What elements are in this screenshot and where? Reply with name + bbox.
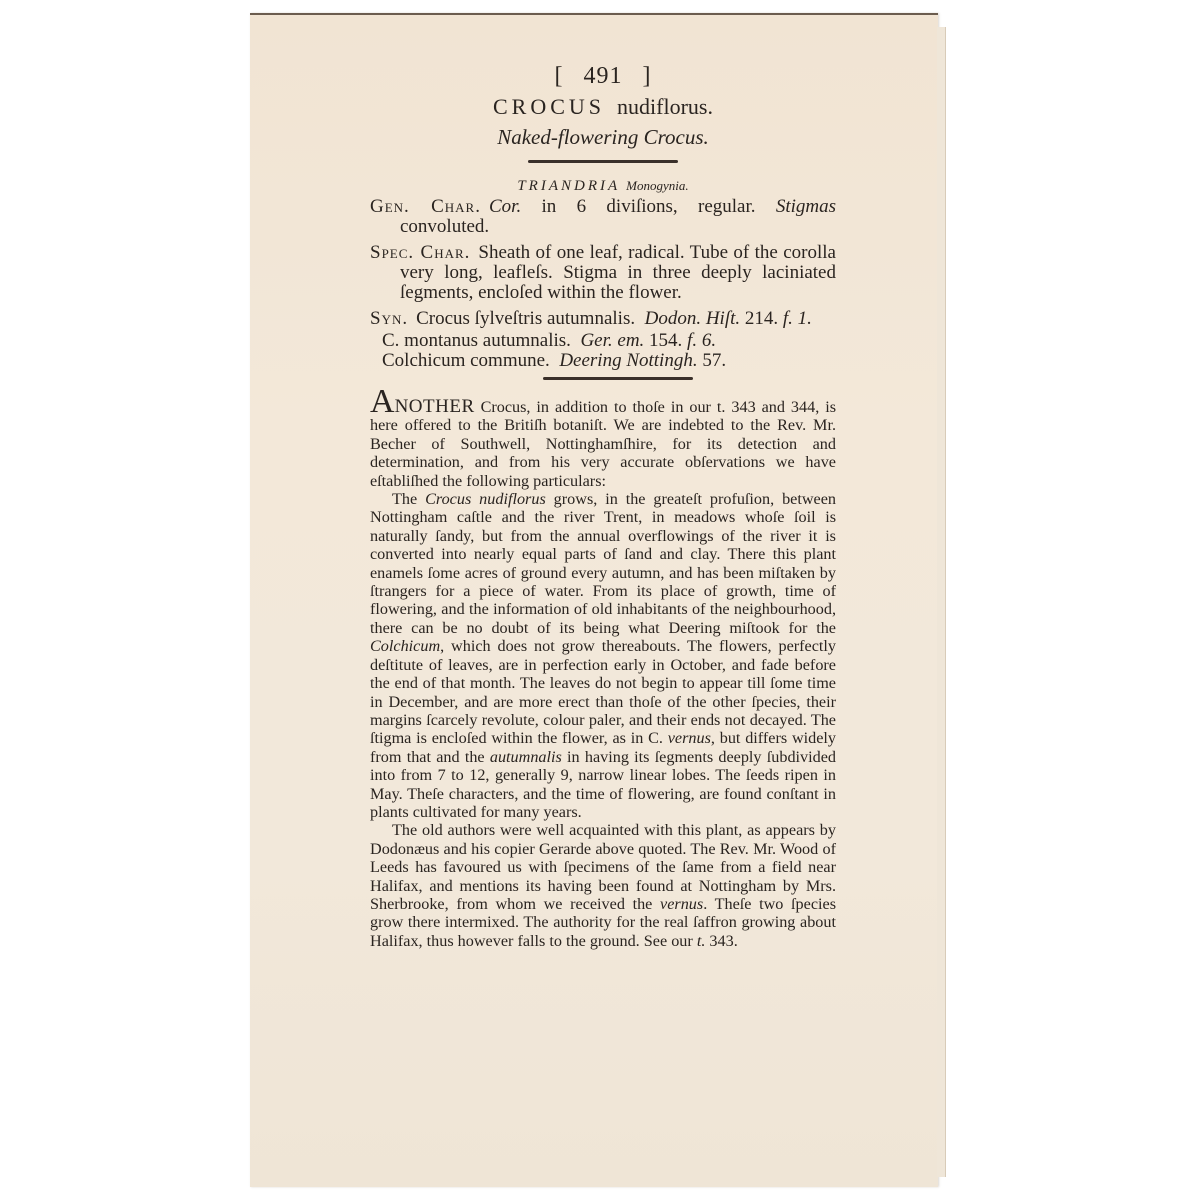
title-divider — [528, 160, 678, 163]
bracket-open: [ — [555, 60, 564, 92]
paragraph-3: The old authors were well acquainted wit… — [370, 821, 836, 950]
syn-num: 154. — [649, 330, 682, 351]
section-divider — [543, 377, 693, 380]
gen-char-text2: convoluted. — [400, 216, 489, 237]
colchicum-ref: Colchicum — [370, 637, 440, 655]
syn-num: 214. — [745, 308, 778, 329]
syn-fig: f. 1. — [783, 308, 812, 329]
genus-name: CROCUS — [493, 94, 605, 119]
syn-name: Colchicum commune. — [382, 350, 550, 371]
paragraph-2: The Crocus nudiflorus grows, in the grea… — [370, 490, 836, 821]
bracket-close: ] — [643, 60, 652, 92]
synonym-1: Syn.Crocus ſylveſtris autumnalis. Dodon.… — [370, 309, 836, 329]
class-name: TRIANDRIA — [517, 178, 620, 194]
species-title: CROCUSnudiflorus. — [370, 92, 836, 122]
syn-name: C. montanus autumnalis. — [382, 330, 571, 351]
syn-ref: Ger. em. — [580, 330, 644, 351]
specific-character: Spec. Char.Sheath of one leaf, radical. … — [370, 243, 836, 303]
text: 343. — [705, 932, 737, 950]
synonym-2: C. montanus autumnalis. Ger. em. 154. f.… — [370, 331, 836, 351]
text: grows, in the greateſt profuſion, be­twe… — [370, 490, 836, 637]
drop-cap: A — [370, 383, 395, 420]
syn-ref: Dodon. Hiſt. — [645, 308, 741, 329]
gen-char-stigmas: Stigmas — [776, 196, 836, 217]
page-edge — [937, 27, 946, 1177]
syn-ref: Deering Nottingh. — [559, 350, 697, 371]
synonym-3: Colchicum commune. Deering Nottingh. 57. — [370, 351, 836, 371]
page-number: [491] — [370, 60, 836, 92]
gen-char-label: Gen. Char. — [370, 196, 481, 217]
gen-char-text: in 6 diviſions, regular. — [521, 196, 776, 217]
gen-char-cor: Cor. — [489, 196, 521, 217]
description-body: ANOTHER Crocus, in addition to thoſe in … — [370, 392, 836, 950]
page-content: [491] CROCUSnudiflorus. Naked-flowering … — [370, 60, 836, 950]
spec-char-label: Spec. Char. — [370, 242, 470, 263]
order-name: Monogynia. — [626, 178, 688, 193]
vernus-ref: vernus — [668, 729, 711, 747]
generic-character: Gen. Char.Cor. in 6 diviſions, regular. … — [370, 197, 836, 237]
common-name: Naked-flowering Crocus. — [370, 122, 836, 152]
species-ref: Crocus nudiflorus — [425, 490, 546, 508]
syn-name: Crocus ſylveſtris autumnalis. — [416, 308, 635, 329]
paragraph-1: ANOTHER Crocus, in addition to thoſe in … — [370, 392, 836, 490]
text: The — [392, 490, 425, 508]
autumnalis-ref: autumnalis — [490, 748, 562, 766]
opening-caps: NOTHER — [395, 396, 475, 417]
species-name: nudiflorus. — [617, 94, 713, 119]
classification: TRIANDRIAMonogynia. — [370, 175, 836, 197]
syn-label: Syn. — [370, 308, 408, 329]
vernus-ref: vernus — [660, 895, 703, 913]
page-number-value: 491 — [584, 63, 623, 89]
syn-num: 57. — [702, 350, 726, 371]
syn-fig: f. 6. — [687, 330, 716, 351]
